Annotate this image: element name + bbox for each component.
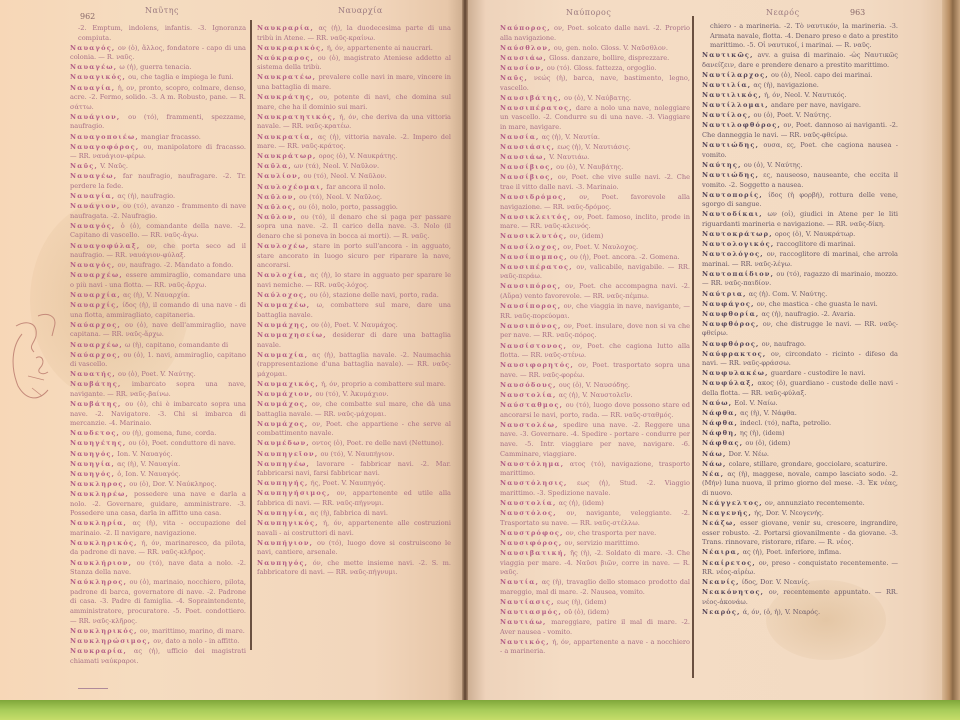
entry-headword: Ναυλοχέομαι, [257,183,324,191]
entry-definition: ας (ἡ), (idem) [559,499,604,507]
handwriting-icon [8,306,66,406]
entry-definition: εως (ἡ), (idem) [557,598,607,606]
dictionary-entry: Ναύαρχος, ου (ὁ), nave dell'ammiraglio, … [70,321,246,340]
page-number-right: 963 [850,8,865,17]
dictionary-entry: Ναυσιδρόμος, ον, Poet. favorevole alla n… [500,193,690,212]
entry-headword: Ναυφύλαξ, [702,379,755,387]
entry-headword: Νάω, [702,450,726,458]
dictionary-column-left-1: -2. Emptum, indolens, infantis. -3. Igno… [70,24,246,667]
dictionary-entry: Νεαγενής, ής, Dor. V. Νεογενής. [702,509,898,519]
entry-definition: ας (ἡ), V. Ναυτία. [542,133,600,141]
dictionary-entry: Νάφθα, indecl. (τό), nafta, petrolio. [702,419,898,429]
entry-headword: Ναυμαχικός, [257,380,319,388]
dictionary-entry: Ναυσιφορητός, ον, Poet. trasportato sopr… [500,361,690,380]
column-divider [250,20,252,650]
entry-headword: Ναυπηγός, [257,559,308,567]
entry-headword: Ναυσίλοχος, [500,243,561,251]
dictionary-entry: Ναυσίστονος, ον, Poet. che cagiona lutto… [500,342,690,361]
running-head-right-col: Νεαρός [766,8,800,17]
entry-headword: Ναυστολία, [500,391,557,399]
entry-definition: chiero - a marineria. -2. Τὸ ναυτικόν, l… [710,22,898,49]
entry-headword: Ναυαγός, [70,44,115,52]
entry-definition: Ion. V. Ναυαγός. [117,450,172,458]
dictionary-entry: Ναυσίλοχος, ον, Poet. V. Ναυλοχος. [500,243,690,253]
entry-headword: Ναυμέδων, [257,439,310,447]
entry-headword: Ναυσικλυτός, [500,232,567,240]
dictionary-entry: Ναυλοχέομαι, far ancora il nolo. [257,183,451,193]
entry-headword: Ναυτολόγος, [702,250,764,258]
dictionary-column-right-1: Ναύπορος, ον, Poet. solcato dalle navi. … [500,24,690,658]
entry-headword: Ναύκληρος, [70,578,127,586]
dictionary-entry: Ναυτοπορίς, ίδος (ἡ φορβή), rottura dell… [702,191,898,210]
entry-headword: Ναυτικῶς, [702,51,754,59]
entry-headword: Ναυφάγος, [702,300,755,308]
entry-headword: Ναυστόλησις, [500,479,568,487]
entry-headword: Νάφθας, [702,439,743,447]
book-gutter [462,0,468,706]
entry-headword: Ναυτιλία, [702,81,751,89]
dictionary-entry: Ναυκρατητικός, ή, όν, che deriva da una … [257,113,451,132]
dictionary-entry: Ναύτης, ου (ὁ), V. Ναύτης. [702,161,898,171]
dictionary-entry: Ναυσικλυτός, ον, (idem) [500,232,690,242]
dictionary-entry: Ναῦς, νεώς (ἡ), barca, nave, bastimento,… [500,74,690,93]
entry-definition: ου (ὁ), Poet. V. Ναύτης. [754,111,832,119]
entry-headword: Ναυκληρώσιμος, [70,637,151,645]
entry-headword: Ναυαγία, [70,84,115,92]
entry-definition: indecl. (τό), nafta, petrolio. [740,419,831,427]
dictionary-entry: Ναύσταθμος, ου (τό), luogo dove possono … [500,401,690,420]
entry-definition: ους (ὁ), V. Ναυσόδης. [559,381,630,389]
entry-definition: ου (ἡ), Poet. ancora. -2. Gomena. [570,253,680,261]
dictionary-entry: Ναυκλήριον, ου (τό), nave data a nolo. -… [70,559,246,578]
entry-headword: Νάω, [702,460,726,468]
entry-headword: Ναύπορος, [500,24,551,32]
entry-definition: ou, che taglia e impiega le funi. [128,73,233,81]
dictionary-entry: Ναυλίον, ου (τό), Neol. V. Ναῦλον. [257,172,451,182]
running-head-left-col: Ναῦτης [145,6,179,15]
dictionary-entry: Ναυλοχία, ας (ἡ), lo stare in agguato pe… [257,271,451,290]
running-head-left-col: Ναύπορος [566,8,611,17]
entry-definition: ον, dato a nolo - in affitto. [153,637,239,645]
entry-headword: Ναυσιφόρος, [500,539,562,547]
entry-headword: Ναῦλον, [257,213,297,221]
dictionary-entry: Νέαιρα, ας (ἡ), Poet. inferiore, infima. [702,548,898,558]
open-book: 962 Ναῦτης Ναυαρχία -2. Emptum, indolens… [0,0,960,706]
dictionary-entry: Ναυστρόφος, ον, che trasporta per nave. [500,529,690,539]
dictionary-entry: Ναυσικλειτός, ον, Poet. famoso, inclito,… [500,213,690,232]
pencil-mark [78,688,108,689]
entry-definition: ά, όν, (ὁ, ἡ), V. Νεαρός. [743,608,820,616]
handwritten-annotation [8,306,66,406]
dictionary-entry: Ναυσιάω, Gloss. danzare, bollire, dispre… [500,54,690,64]
dictionary-entry: Ναυαρχία, ας (ἡ), V. Ναυαρχία. [70,291,246,301]
entry-headword: Ναυφθόρος, [702,340,760,348]
dictionary-entry: Ναυμάχος, ον, che combatte sul mare, che… [257,400,451,419]
entry-definition: ου, gen. nolo. Gloss. V. Ναῦσθλον. [554,44,668,52]
dictionary-entry: Νεακόνητος, ον, recentemente appuntato. … [702,588,898,607]
dictionary-entry: Ναυμάχης, ου (ὁ), Poet. V. Ναυμάχος. [257,321,451,331]
dictionary-entry: Νεαίρετος, ον, preso - conquistato recen… [702,559,898,578]
entry-definition: ον, che mastica - che guasta le navi. [757,300,878,308]
entry-definition: ας (ἡ), fabbrica di navi. [310,509,388,517]
entry-headword: Ναυβάτης, [70,380,121,388]
dictionary-entry: Ναυτοδίκαι, ων (οἱ), giudici in Atene pe… [702,210,898,229]
entry-headword: Νεανίς, [702,578,740,586]
dictionary-entry: Ναυτιλικός, ή, όν, Neol. V. Ναυτικός. [702,91,898,101]
dictionary-entry: Ναυσιφόρος, ον, servizio marittimo. [500,539,690,549]
entry-headword: Ναυκληρία, [70,519,127,527]
entry-headword: Ναυσόδους, [500,381,557,389]
entry-headword: Νεαίρετος, [702,559,756,567]
entry-headword: Ναῦς, [500,74,528,82]
dictionary-entry: Ναυπηγός, όν, che mette insieme navi. -2… [257,559,451,578]
entry-definition: ου (ὁ), V. Ναύβατης. [564,94,631,102]
entry-headword: Ναυαρχέω, [70,271,123,279]
dictionary-entry: Ναυαγέω, far naufragio, naufragare. -2. … [70,172,246,191]
dictionary-entry: Ναυκραρία, ας (ἡ), la duodecesima parte … [257,24,451,43]
entry-headword: Ναυαγοποιέω, [70,133,139,141]
entry-definition: colare, stillare, grondare, gocciolare, … [729,460,888,468]
dictionary-entry: Ναυτιασμός, οῦ (ὁ), (idem) [500,608,690,618]
entry-headword: Ναυπηγεῖον, [257,450,318,458]
dictionary-entry: Ναυφάγος, ον, che mastica - che guasta l… [702,300,898,310]
entry-headword: Νεαγενής, [702,509,752,517]
entry-headword: Νάφθα, [702,409,738,417]
dictionary-entry: Ναυφθορία, ας (ἡ), naufragio. -2. Avaria… [702,310,898,320]
dictionary-entry: Ναυκρατία, ας (ἡ), vittoria navale. -2. … [257,133,451,152]
dictionary-entry: Ναυσιβατική, ῆς (ἡ), -2. Soldato di mare… [500,549,690,578]
entry-headword: Ναυαρχία, [70,291,121,299]
entry-headword: Ναυστόλος, [500,509,557,517]
entry-definition: οντος (ὁ), Poet. re delle navi (Nettuno)… [312,439,444,447]
entry-definition: ον, che trasporta per nave. [566,529,657,537]
entry-headword: Ναυστρόφος, [500,529,564,537]
entry-definition: ορος (ὁ), V. Ναυκράτης. [319,152,398,160]
entry-headword: Ναυμάχος, [257,400,308,408]
entry-definition: ον, servizio marittimo. [565,539,640,547]
entry-definition: ου (τό), V. Ναυπήγιον. [320,450,394,458]
dictionary-entry: chiero - a marineria. -2. Τὸ ναυτικόν, l… [702,22,898,51]
entry-headword: Ναυσίβιος, [500,163,554,171]
dictionary-entry: Ναυκράτης, ου, potente di navi, che domi… [257,93,451,112]
dictionary-entry: Ναυαγός, ον (ὁ), ἄλλος, fondatore - capo… [70,44,246,63]
dictionary-entry: Ναυφθόρος, ον, naufrago. [702,340,898,350]
entry-headword: Νάφθη, [702,429,738,437]
dictionary-entry: Ναυφθόρος, ον, che distrugge le navi. — … [702,320,898,339]
dictionary-entry: Ναυμαχέω, ω, combattere sul mare, dare u… [257,301,451,320]
entry-definition: εως (ἡ), V. Ναυτιάσις. [557,143,630,151]
dictionary-entry: Ναυστόλος, ον, navigante, veleggiante. -… [500,509,690,528]
entry-definition: -2. Emptum, indolens, infantis. -3. Igno… [78,24,246,42]
dictionary-entry: Ναῦλα, ων (τά), Neol. V. Ναῦλον. [257,162,451,172]
dictionary-entry: Ναυαγέω, ω (ἡ), guerra tenacia. [70,63,246,73]
entry-headword: Ναυκρατέω, [257,73,316,81]
entry-definition: ου (ὁ), Dor. V. Ναύκληρος. [129,480,216,488]
entry-definition: andare per nave, navigare. [771,101,861,109]
entry-headword: Ναύτης, [702,161,742,169]
dictionary-entry: Ναυπήγιον, ου (τό), luogo dove si costru… [257,539,451,558]
dictionary-entry: Ναυσιάσις, εως (ἡ), V. Ναυτιάσις. [500,143,690,153]
entry-definition: ὁ, Ion. V. Ναυαγός. [117,470,180,478]
dictionary-entry: Ναυσιπέρατος, dare a nolo una nave, nole… [500,104,690,133]
dictionary-entry: Ναυτιλία, ας (ἡ), navigazione. [702,81,898,91]
entry-headword: Ναυκραρικός, [257,44,325,52]
dictionary-entry: Ναύκληρος, ου (ὁ), marinaio, nocchiero, … [70,578,246,626]
dictionary-entry: Ναυσιπόρος, ον, Poet. che accompagna nav… [500,282,690,301]
entry-headword: Νεαρός, [702,608,741,616]
entry-headword: Ναυσία, [500,133,540,141]
dictionary-entry: Ναυτολόγος, ον, raccoglitore di marinai,… [702,250,898,269]
dictionary-entry: Νάφθα, ας (ἡ), V. Νάφθα. [702,409,898,419]
entry-headword: Νέαιρα, [702,548,740,556]
dictionary-entry: Ναυτιλοφθόρος, ον, Poet. dannoso ai navi… [702,121,898,140]
entry-definition: ης (ἡ), (idem) [740,429,785,437]
entry-headword: Ναυαγία, [70,192,115,200]
dictionary-entry: Ναυκρατέω, prevalere colle navi in mare,… [257,73,451,92]
dictionary-entry: Ναυαγικός, ou, che taglia e impiega le f… [70,73,246,83]
entry-headword: Ναυσιάσις, [500,143,555,151]
entry-definition: νεώς (ἡ), barca, nave, bastimento, legno… [500,74,690,92]
entry-headword: Ναυτοκράτωρ, [702,230,773,238]
entry-definition: raccoglitore di marinai. [776,240,855,248]
entry-headword: Ναυτοπορίς, [702,191,763,199]
entry-headword: Ναυτιώδης, [702,141,759,149]
entry-definition: ίδος, Dor. V. Νεανίς. [742,578,810,586]
entry-definition: ου (ὁ), V. Ναυβάτης. [556,163,623,171]
dictionary-entry: Ναυηγός, ὁ, Ion. V. Ναυαγός. [70,470,246,480]
dictionary-entry: Ναυδετος, ου (ἡ), gomena, fune, corda. [70,429,246,439]
dictionary-entry: Ναυβάτης, imbarcato sopra una nave, navi… [70,380,246,399]
dictionary-entry: Ναυηγέτης, ου (ὁ), Poet. conduttore di n… [70,439,246,449]
dictionary-entry: Ναυστόλημα, ατος (τό), navigazione, tras… [500,460,690,479]
dictionary-entry: Ναύω, Eol. V. Ναίω. [702,399,898,409]
dictionary-entry: Ναυαγία, ας (ἡ), naufragio. [70,192,246,202]
entry-headword: Ναυπηγικός, [257,519,319,527]
dictionary-entry: Ναυαρχέω, essere ammiraglio, comandare u… [70,271,246,290]
entry-headword: Ναυσιπόνος, [500,322,561,330]
entry-headword: Ναυαγός, [70,261,115,269]
entry-headword: Ναυαρχέω, [70,341,123,349]
entry-headword: Ναυπηγής, [257,479,309,487]
entry-headword: Ναυαγέω, [70,172,117,180]
dictionary-entry: Ναυτία, ας (ἡ), travaglio dello stomaco … [500,578,690,597]
entry-definition: Dor. V. Νέω. [729,450,769,458]
entry-headword: Ναυκραρία, [257,24,314,32]
dictionary-entry: Ναῦλος, ου (ὁ), nolo, porto, passaggio. [257,203,451,213]
entry-headword: Ναυτίλαρχος, [702,71,769,79]
entry-headword: Ναύσθλον, [500,44,552,52]
dictionary-entry: Ναυτίλος, ου (ὁ), Poet. V. Ναύτης. [702,111,898,121]
entry-definition: ον, marittimo, marino, di mare. [140,627,245,635]
dictionary-entry: Ναυσιάω, V. Ναυτιάω. [500,153,690,163]
entry-headword: Ναυτιασμός, [500,608,562,616]
entry-headword: Ναυηγός, [70,450,115,458]
entry-headword: Ναυλοχία, [257,271,307,279]
entry-headword: Ναῦς, [70,162,98,170]
entry-headword: Ναυηγέτης, [70,439,126,447]
dictionary-entry: Ναύαρχος, ου (ὁ), 1. navi, ammiraglio, c… [70,351,246,370]
dictionary-entry: Ναυσιπόνος, ον, Poet. insulare, dove non… [500,322,690,341]
entry-definition: V. Ναυτιάω. [549,153,589,161]
entry-headword: Ναυτία, [500,578,539,586]
entry-headword: Ναυσίβιος, [500,173,554,181]
entry-definition: ας (ἡ), navigazione. [753,81,819,89]
dictionary-entry: Ναυτολογικός, raccoglitore di marinai. [702,240,898,250]
entry-headword: Ναυκράτης, [257,93,315,101]
dictionary-entry: Ναυμέδων, οντος (ὁ), Poet. re delle navi… [257,439,451,449]
dictionary-entry: Ναύσθλον, ου, gen. nolo. Gloss. V. Ναῦσθ… [500,44,690,54]
dictionary-entry: Νάω, colare, stillare, grondare, gocciol… [702,460,898,470]
dictionary-entry: Ναυσίον, ου (τό). Gloss. fattezza, orgog… [500,64,690,74]
entry-headword: Ναυαγικός, [70,73,126,81]
dictionary-entry: Ναυφύλαξ, ακος (ὁ), guardiano - custode … [702,379,898,398]
dictionary-entry: Ναυπηγής, ής, Poet. V. Ναυπηγός. [257,479,451,489]
entry-headword: Ναυμάχος, [257,420,308,428]
entry-headword: Ναυστόλημα, [500,460,564,468]
entry-headword: Ναυσιπόρος, [500,282,561,290]
dictionary-entry: Ναυαρχίς, ίδος (ἡ), il comando di una na… [70,301,246,320]
entry-definition: ορος (ὁ), V. Ναυκράτωρ. [775,230,855,238]
entry-headword: Ναυκραρία, [70,647,127,655]
dictionary-entry: Νάφθας, ου (ὁ), (idem) [702,439,898,449]
entry-headword: Ναυαγός, [70,222,115,230]
green-surface [0,700,960,720]
entry-definition: ας (ἡ), V. Ναυστολεῖν. [559,391,633,399]
page-number-left: 962 [80,12,95,21]
entry-headword: Ναύτρια, [702,290,747,298]
dictionary-entry: Ναύλοχος, ου (ὁ), stazione delle navi, p… [257,291,451,301]
dictionary-entry: Ναυσίπομπος, ου (ἡ), Poet. ancora. -2. G… [500,253,690,263]
entry-headword: Νεακόνητος, [702,588,764,596]
entry-headword: Ναυσιδρόμος, [500,193,567,201]
entry-headword: Ναυσίον, [500,64,545,72]
entry-definition: ής, Dor. V. Νεογενής. [754,509,824,517]
entry-headword: Ναύσταθμος, [500,401,563,409]
entry-headword: Ναυμαχησείω, [257,331,327,339]
entry-headword: Ναυσίπομπος, [500,253,568,261]
entry-headword: Ναυάγιον, [70,202,120,210]
entry-headword: Ναυφθορία, [702,310,759,318]
dictionary-column-right-2: chiero - a marineria. -2. Τὸ ναυτικόν, l… [702,22,898,618]
dictionary-entry: Ναυτικός, ή, όν, appartenente a nave - a… [500,638,690,657]
dictionary-entry: Ναυκληρία, ας (ἡ), vita - occupazione de… [70,519,246,538]
dictionary-entry: Ναυπηγικός, ή, όν, appartenente alle cos… [257,519,451,538]
entry-headword: Ναυκλήριον, [70,559,132,567]
entry-definition: ου (τό). Gloss. fattezza, orgoglio. [547,64,657,72]
entry-headword: Ναυτίασις, [500,598,555,606]
entry-headword: Ναυκληρικός, [70,539,138,547]
dictionary-entry: Ναυβάτης, ου (ὁ), chi è imbarcato sopra … [70,400,246,429]
entry-headword: Ναυφθόρος, [702,320,760,328]
entry-definition: ου (ὁ), stazione delle navi, porto, rada… [310,291,439,299]
entry-definition: ον, annunziato recentemente. [765,499,865,507]
entry-headword: Ναυσίστονος, [500,342,567,350]
dictionary-entry: Ναυαγοποιέω, mangiar fracasso. [70,133,246,143]
entry-headword: Ναύω, [702,399,732,407]
dictionary-entry: Νάφθη, ης (ἡ), (idem) [702,429,898,439]
dictionary-entry: Ναύφρακτος, ον, circondato - ricinto - d… [702,350,898,369]
entry-headword: Ναυκληρέω, [70,490,129,498]
entry-headword: Ναυβάτης, [70,400,121,408]
entry-definition: ον, naufrago. [762,340,806,348]
entry-headword: Νεάγγελτος, [702,499,763,507]
dictionary-entry: Ναυαγοφύλαξ, ον, che porta seco ad il na… [70,242,246,261]
entry-headword: Ναυσιάω, [500,54,547,62]
dictionary-entry: Νάω, Dor. V. Νέω. [702,450,898,460]
entry-headword: Ναυσιάω, [500,153,547,161]
dictionary-entry: Ναυστολία, ας (ἡ), (idem) [500,499,690,509]
dictionary-entry: Ναυλοχέω, stare in porto sull'ancora - i… [257,242,451,271]
dictionary-column-left-2: Ναυκραρία, ας (ἡ), la duodecesima parte … [257,24,451,578]
dictionary-entry: Ναυηγός, Ion. V. Ναυαγός. [70,450,246,460]
entry-headword: Ναυσιφορητός, [500,361,574,369]
dictionary-entry: Ναυσία, ας (ἡ), V. Ναυτία. [500,133,690,143]
dictionary-entry: Ναυμαχησείω, desiderar di dare una batta… [257,331,451,350]
entry-definition: ου (τό), Neol. V. Ναῦλον. [303,172,386,180]
entry-headword: Ναυτοδίκαι, [702,210,763,218]
dictionary-entry: Νεανίς, ίδος, Dor. V. Νεανίς. [702,578,898,588]
entry-headword: Ναυμαχία, [257,351,308,359]
entry-definition: V. Ναῦς. [100,162,128,170]
entry-definition: ας (ἡ). Com. V. Ναύτης. [749,290,827,298]
dictionary-entry: Ναυαγός, ον, naufrago. -2. Mandato a fon… [70,261,246,271]
dictionary-entry: Ναυστολία, ας (ἡ), V. Ναυστολεῖν. [500,391,690,401]
dictionary-entry: Ναυτίλαρχος, ου (ὁ), Neol. capo dei mari… [702,71,898,81]
entry-headword: Ναύλοχος, [257,291,308,299]
dictionary-entry: Ναυτικῶς, avv. a guisa di marinaio. -ὡς … [702,51,898,70]
entry-headword: Ναυτιλοφθόρος, [702,121,781,129]
entry-definition: ή, όν, appartenente ai naucrari. [327,44,433,52]
dictionary-entry: Ναυκληρώσιμος, ον, dato a nolo - in affi… [70,637,246,647]
entry-headword: Ναυμάχιον, [257,390,313,398]
entry-definition: Gloss. danzare, bollire, disprezzare. [549,54,669,62]
entry-headword: Ναύαρχος, [70,321,121,329]
dictionary-entry: Ναυαρχέω, ω (ἡ), capitano, comandante di [70,341,246,351]
dictionary-entry: Ναυτιάω, mareggiare, patire il mal di ma… [500,618,690,637]
entry-headword: Ναυπηγήσιμος, [257,489,331,497]
dictionary-entry: Ναυκραρικός, ή, όν, appartenente ai nauc… [257,44,451,54]
dictionary-entry: Ναυμάχιον, ου (τό), V. Ἀκυμάχιον. [257,390,451,400]
entry-headword: Ναυμάχης, [257,321,309,329]
entry-headword: Ναυπηγία, [257,509,308,517]
dictionary-entry: Ναυτοκράτωρ, ορος (ὁ), V. Ναυκράτωρ. [702,230,898,240]
entry-headword: Ναυσίπορος, [500,302,561,310]
dictionary-entry: Ναυμάχος, ον, Poet. che appartiene - che… [257,420,451,439]
dictionary-entry: -2. Emptum, indolens, infantis. -3. Igno… [70,24,246,43]
dictionary-entry: Ναύκραρος, ου (ὁ), magistrato Ateniese a… [257,54,451,73]
entry-headword: Νέα, [702,470,724,478]
dictionary-entry: Ναῦς, V. Ναῦς. [70,162,246,172]
dictionary-entry: Ναυπηγία, ας (ἡ), fabbrica di navi. [257,509,451,519]
entry-headword: Ναυσιπέρατος, [500,263,573,271]
dictionary-entry: Ναυκληρέω, possedere una nave e darla a … [70,490,246,519]
entry-definition: ας (ἡ), naufragio. [117,192,175,200]
entry-definition: mangiar fracasso. [141,133,201,141]
dictionary-entry: Ναυαγοφόρος, ου, manipolatore di fracass… [70,143,246,162]
entry-headword: Ναυτίλος, [702,111,751,119]
entry-definition: far ancora il nolo. [326,183,385,191]
entry-definition: ου (τό), V. Ἀκυμάχιον. [315,390,388,398]
dictionary-entry: Νεαρός, ά, όν, (ὁ, ἡ), V. Νεαρός. [702,608,898,618]
entry-headword: Ναυαγοφύλαξ, [70,242,140,250]
entry-headword: Ναυστολέω, [500,421,559,429]
entry-definition: ον, Poet. V. Ναυλοχος. [563,243,638,251]
entry-headword: Ναῦλα, [257,162,292,170]
dictionary-entry: Ναύπορος, ον, Poet. solcato dalle navi. … [500,24,690,43]
entry-definition: Eol. V. Ναίω. [734,399,777,407]
entry-definition: ου (ὁ), Neol. capo dei marinai. [771,71,872,79]
entry-definition: ου (ὁ), nolo, porto, passaggio. [299,203,398,211]
